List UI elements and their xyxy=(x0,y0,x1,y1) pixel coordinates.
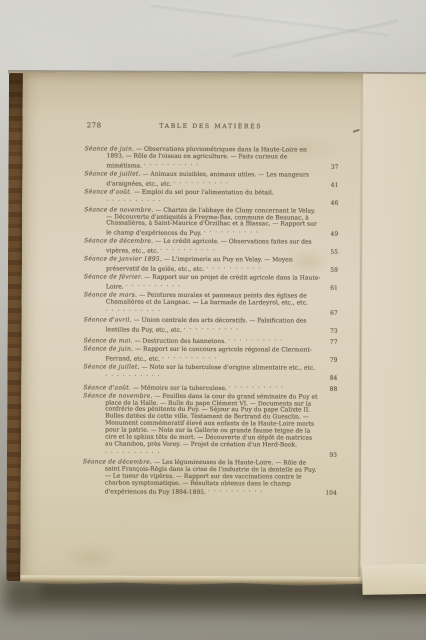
toc-session-label: Séance de juin. xyxy=(84,345,134,352)
table-of-contents: Séance de juin. — Observations pluviomét… xyxy=(83,146,339,499)
toc-session-label: Séance de février. xyxy=(84,274,142,281)
toc-entry: Séance de décembre. — Le crédit agricole… xyxy=(84,239,338,257)
toc-page-number: 46 xyxy=(331,200,339,207)
toc-page-number: 104 xyxy=(325,491,336,498)
running-title: TABLE DES MATIÈRES xyxy=(85,122,337,130)
toc-entry: Séance de juillet. — Animaux nuisibles, … xyxy=(84,171,338,189)
toc-page-number: 49 xyxy=(330,232,338,239)
toc-page-number: 77 xyxy=(330,339,338,346)
toc-page-number: 61 xyxy=(330,286,338,293)
pencil-mark xyxy=(353,129,360,133)
toc-entry: Séance de novembre. — Chartes de l'abbay… xyxy=(84,207,338,239)
toc-entry: Séance de juillet. — Note sur la tubercu… xyxy=(83,364,337,382)
toc-leader-dots: . . . . . . . . . . . . . . . . . . . . … xyxy=(229,383,285,390)
toc-leader-dots: . . . . . . . . . . . . . . . . . . . . … xyxy=(174,179,230,186)
toc-leader-dots: . . . . . . . . . . . . . . . . . . . . … xyxy=(126,282,182,289)
underlying-sheet-corner xyxy=(362,563,426,594)
toc-entry-text: — Observations pluviométriques dans la H… xyxy=(106,146,306,170)
toc-session-label: Séance d'août. xyxy=(83,384,131,391)
toc-entry-text: — Destruction des hannetons. xyxy=(133,337,228,344)
toc-leader-dots: . . . . . . . . . . . . . . . . . . . . … xyxy=(105,371,161,378)
toc-entry: Séance d'avril. — Union centrale des art… xyxy=(84,317,338,335)
toc-page-number: 37 xyxy=(331,164,339,171)
toc-entry: Séance de décembre. — Les légumineuses d… xyxy=(83,459,337,498)
toc-session-label: Séance de juillet. xyxy=(84,170,140,177)
toc-page-number: 88 xyxy=(330,386,338,393)
toc-leader-dots: . . . . . . . . . . . . . . . . . . . . … xyxy=(206,264,262,271)
toc-page-number: 79 xyxy=(330,357,338,364)
toc-page-number: 73 xyxy=(330,328,338,335)
toc-entry-text: — Emploi du sel pour l'alimentation du b… xyxy=(132,188,274,196)
page-header: 278 TABLE DES MATIÈRES xyxy=(85,121,337,132)
toc-session-label: Séance de janvier 1895. xyxy=(84,256,162,263)
open-book: 278 TABLE DES MATIÈRES Séance de juin. —… xyxy=(5,70,426,586)
toc-entry-text: — Mémoire sur la tuberculose. xyxy=(131,384,229,392)
toc-leader-dots: . . . . . . . . . . . . . . . . . . . . … xyxy=(208,488,264,495)
toc-page-number: 55 xyxy=(330,250,338,257)
toc-page-number: 93 xyxy=(329,452,337,459)
toc-page-number: 59 xyxy=(330,268,338,275)
toc-page-number: 41 xyxy=(331,182,339,189)
toc-entry-text: — Note sur la tuberculose d'origine alim… xyxy=(140,363,316,371)
book-page: 278 TABLE DES MATIÈRES Séance de juin. —… xyxy=(20,72,426,582)
toc-page-number: 84 xyxy=(330,375,338,382)
toc-page-number: 67 xyxy=(330,310,338,317)
toc-session-label: Séance de décembre. xyxy=(84,238,153,245)
toc-entry: Séance de novembre. — Fouilles dans la c… xyxy=(83,393,337,459)
next-leaf xyxy=(360,74,426,582)
toc-leader-dots: . . . . . . . . . . . . . . . . . . . . … xyxy=(228,336,284,343)
toc-entry: Séance de juin. — Rapport sur le concour… xyxy=(83,346,337,364)
toc-leader-dots: . . . . . . . . . . . . . . . . . . . . … xyxy=(144,161,200,168)
toc-leader-dots: . . . . . . . . . . . . . . . . . . . . … xyxy=(204,228,260,235)
toc-entry: Séance de mars. — Peintures murales et p… xyxy=(84,292,338,317)
toc-session-label: Séance d'août. xyxy=(84,188,132,195)
toc-session-label: Séance de juillet. xyxy=(83,363,139,370)
toc-leader-dots: . . . . . . . . . . . . . . . . . . . . … xyxy=(160,246,216,253)
toc-session-label: Séance de mai. xyxy=(84,337,133,344)
toc-leader-dots: . . . . . . . . . . . . . . . . . . . . … xyxy=(106,196,162,203)
book-photograph: 278 TABLE DES MATIÈRES Séance de juin. —… xyxy=(0,0,426,640)
toc-leader-dots: . . . . . . . . . . . . . . . . . . . . … xyxy=(106,306,162,313)
toc-entry: Séance de janvier 1895. — L'imprimerie a… xyxy=(84,257,338,275)
toc-leader-dots: . . . . . . . . . . . . . . . . . . . . … xyxy=(105,448,161,455)
toc-entry: Séance de juin. — Observations pluviomét… xyxy=(84,146,338,171)
toc-leader-dots: . . . . . . . . . . . . . . . . . . . . … xyxy=(162,353,218,360)
toc-entry: Séance de février. — Rapport sur un proj… xyxy=(84,275,338,293)
toc-entry-text: — Fouilles dans la cour du grand séminai… xyxy=(105,392,318,448)
toc-session-label: Séance d'avril. xyxy=(84,316,132,323)
toc-entry-text: — Peintures murales et panneaux peints d… xyxy=(106,292,308,307)
toc-entry: Séance d'août. — Emploi du sel pour l'al… xyxy=(84,189,338,207)
foxing-stain xyxy=(60,542,120,572)
toc-leader-dots: . . . . . . . . . . . . . . . . . . . . … xyxy=(184,325,240,332)
